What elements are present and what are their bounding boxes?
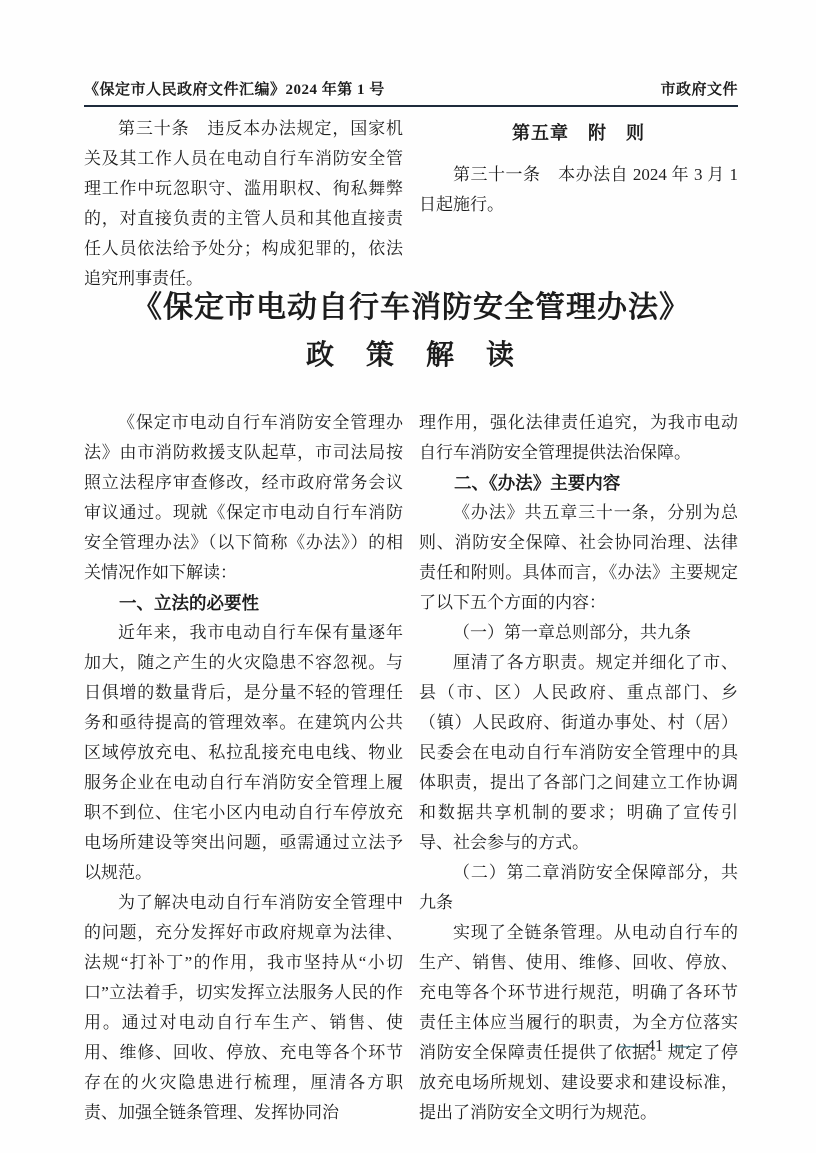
title-line-1: 《保定市电动自行车消防安全管理办法》: [84, 288, 738, 328]
section-2-heading: 二、《办法》主要内容: [419, 468, 738, 498]
top-right-column: 第五章 附 则 第三十一条 本办法自 2024 年 3 月 1 日起施行。: [419, 114, 738, 294]
intro-paragraph: 《保定市电动自行车消防安全管理办法》由市消防救援支队起草，市司法局按照立法程序审…: [84, 408, 403, 588]
body-right-column: 理作用，强化法律责任追究，为我市电动自行车消防安全管理提供法治保障。 二、《办法…: [419, 408, 738, 1128]
article-30-paragraph: 第三十条 违反本办法规定，国家机关及其工作人员在电动自行车消防安全管理工作中玩忽…: [84, 114, 403, 294]
document-page: 《保定市人民政府文件汇编》2024 年第 1 号 市政府文件 第三十条 违反本办…: [0, 0, 816, 1153]
top-left-column: 第三十条 违反本办法规定，国家机关及其工作人员在电动自行车消防安全管理工作中玩忽…: [84, 114, 403, 294]
footer-dash-right: —: [673, 1036, 690, 1055]
policy-interpretation-title: 《保定市电动自行车消防安全管理办法》 政 策 解 读: [84, 288, 738, 374]
necessity-paragraph-1: 近年来，我市电动自行车保有量逐年加大，随之产生的火灾隐患不容忽视。与日俱增的数量…: [84, 618, 403, 888]
section-1-heading: 一、立法的必要性: [84, 588, 403, 618]
title-line-2: 政 策 解 读: [84, 338, 738, 374]
chapter-2-subheading: （二）第二章消防安全保障部分，共九条: [419, 858, 738, 918]
chapter-5-heading: 第五章 附 则: [419, 118, 738, 148]
regulation-continuation-section: 第三十条 违反本办法规定，国家机关及其工作人员在电动自行车消防安全管理工作中玩忽…: [84, 114, 738, 294]
body-left-column: 《保定市电动自行车消防安全管理办法》由市消防救援支队起草，市司法局按照立法程序审…: [84, 408, 403, 1128]
necessity-paragraph-2: 为了解决电动自行车消防安全管理中的问题，充分发挥好市政府规章为法律、法规“打补丁…: [84, 888, 403, 1128]
header-compilation-title: 《保定市人民政府文件汇编》2024 年第 1 号: [84, 78, 385, 99]
page-footer: —41—: [585, 1034, 725, 1058]
page-header: 《保定市人民政府文件汇编》2024 年第 1 号 市政府文件: [84, 78, 738, 107]
header-doc-category: 市政府文件: [660, 78, 738, 99]
chapter-2-paragraph: 实现了全链条管理。从电动自行车的生产、销售、使用、维修、回收、停放、充电等各个环…: [419, 918, 738, 1128]
chapter-1-paragraph: 厘清了各方职责。规定并细化了市、县（市、区）人民政府、重点部门、乡（镇）人民政府…: [419, 648, 738, 858]
content-overview-paragraph: 《办法》共五章三十一条，分别为总则、消防安全保障、社会协同治理、法律责任和附则。…: [419, 498, 738, 618]
footer-page-number: 41: [647, 1036, 664, 1055]
chapter-1-subheading: （一）第一章总则部分，共九条: [419, 618, 738, 648]
article-31-paragraph: 第三十一条 本办法自 2024 年 3 月 1 日起施行。: [419, 160, 738, 220]
interpretation-body: 《保定市电动自行车消防安全管理办法》由市消防救援支队起草，市司法局按照立法程序审…: [84, 408, 738, 1128]
necessity-paragraph-2-continuation: 理作用，强化法律责任追究，为我市电动自行车消防安全管理提供法治保障。: [419, 408, 738, 468]
footer-dash-left: —: [620, 1036, 637, 1055]
